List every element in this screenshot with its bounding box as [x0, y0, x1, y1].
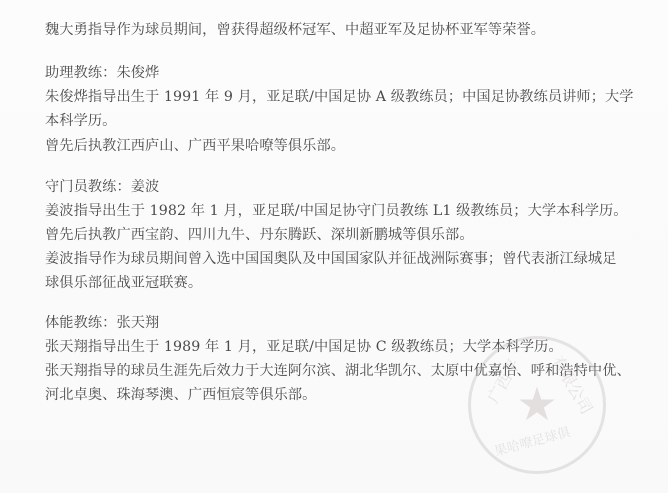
section-line: 姜波指导出生于 1982 年 1 月，亚足联/中国足协守门员教练 L1 级教练员…	[45, 202, 628, 220]
section-line: 曾先后执教广西宝韵、四川九牛、丹东腾跃、深圳新鹏城等俱乐部。	[45, 226, 474, 244]
official-seal-stamp: ★ 广西平 有限公司 果哈嘹足球俱	[468, 336, 606, 474]
section-line: 朱俊烨指导出生于 1991 年 9 月，亚足联/中国足协 A 级教练员；中国足协…	[45, 88, 634, 106]
section-line: 张天翔指导出生于 1989 年 1 月，亚足联/中国足协 C 级教练员；大学本科…	[45, 338, 563, 356]
intro-paragraph: 魏大勇指导作为球员期间，曾获得超级杯冠军、中超亚军及足协杯亚军等荣誉。	[45, 21, 545, 39]
section-line: 球俱乐部征战亚冠联赛。	[45, 274, 202, 292]
section-line: 曾先后执教江西庐山、广西平果哈嘹等俱乐部。	[45, 137, 345, 155]
section-line: 本科学历。	[45, 112, 116, 130]
section-heading-fitness-coach: 体能教练：张天翔	[45, 314, 159, 332]
section-heading-assistant-coach: 助理教练：朱俊烨	[45, 64, 159, 82]
section-heading-goalkeeper-coach: 守门员教练：姜波	[45, 178, 159, 196]
document-page: 魏大勇指导作为球员期间，曾获得超级杯冠军、中超亚军及足协杯亚军等荣誉。 助理教练…	[0, 0, 668, 493]
star-icon: ★	[516, 381, 557, 427]
section-line: 河北卓奥、珠海琴澳、广西恒宸等俱乐部。	[45, 386, 316, 404]
section-line: 姜波指导作为球员期间曾入选中国国奥队及中国国家队并征战洲际赛事；曾代表浙江绿城足	[45, 250, 617, 268]
